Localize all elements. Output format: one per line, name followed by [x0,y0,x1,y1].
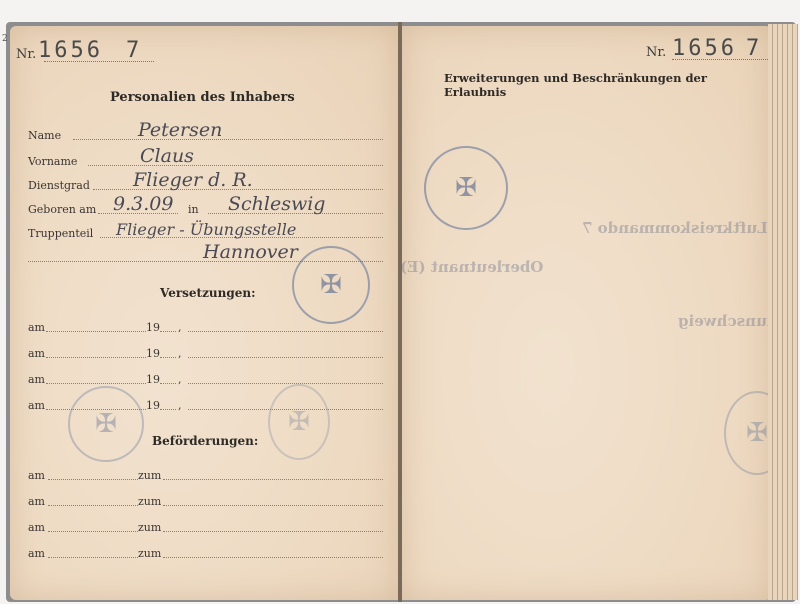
nr-value: 1656 [38,38,103,63]
versetzung-row: am 19 , [28,316,383,334]
versetzung-row: am 19 , [28,368,383,386]
field-name: Name Petersen [28,124,383,142]
eagle-stamp: ✠ [424,146,508,230]
befoerderungen-heading: Beförderungen: [152,434,258,448]
bleed-through-text: Luftkreiskommando 7 [582,219,768,237]
field-vorname: Vorname Claus [28,150,383,168]
left-page: 2 Nr. 1656 7 Personalien des Inhabers Na… [10,26,398,600]
eagle-stamp: ✠ [292,246,370,324]
nr-label: Nr. [16,47,36,62]
nr-suffix: 7 [126,38,142,63]
truppenteil-value: Flieger - Übungsstelle [116,220,296,239]
befoerderung-row: am zum [28,542,383,560]
versetzung-row: am 19 , [28,342,383,360]
versetzung-row: am 19 , [28,394,383,412]
dienstgrad-value: Flieger d. R. [133,169,253,191]
right-document-number: Nr. 1656 7 [646,34,768,64]
field-dienstgrad: Dienstgrad Flieger d. R. [28,174,383,192]
name-value: Petersen [138,119,222,141]
befoerderung-row: am zum [28,490,383,508]
left-document-number: Nr. 1656 7 [16,36,156,66]
truppenteil-city-value: Hannover [203,241,298,263]
field-truppenteil: Truppenteil Flieger - Übungsstelle [28,222,383,240]
page-edges [768,24,798,600]
corner-mark: 2 [2,34,8,44]
right-page: Nr. 1656 7 Erweiterungen und Beschränkun… [402,26,770,600]
left-page-title: Personalien des Inhabers [110,90,295,105]
bleed-through-text: Oberleutnant (E) [400,258,543,276]
befoerderung-row: am zum [28,516,383,534]
befoerderung-row: am zum [28,464,383,482]
vorname-value: Claus [140,145,194,167]
geboren-date-value: 9.3.09 [113,193,173,215]
right-page-title: Erweiterungen und Beschränkungen der Erl… [444,71,770,99]
field-geboren: Geboren am 9.3.09 in Schleswig [28,198,383,216]
versetzungen-heading: Versetzungen: [160,286,256,300]
geboren-place-value: Schleswig [228,193,325,215]
